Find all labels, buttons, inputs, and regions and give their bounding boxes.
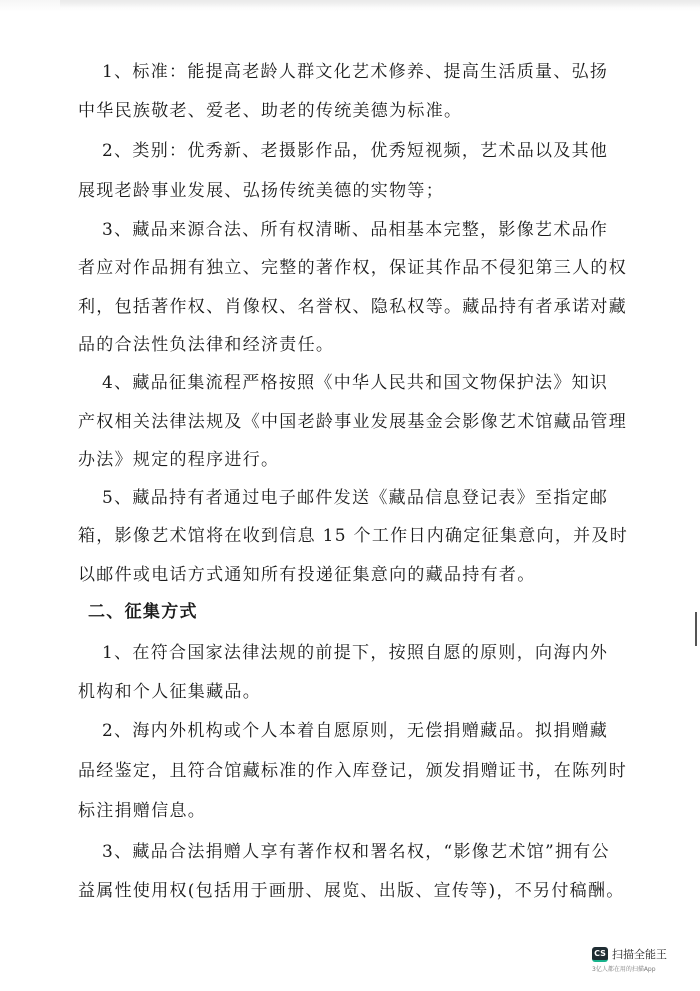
method-3-line-1: 3、藏品合法捐赠人享有著作权和署名权，“影像艺术馆”拥有公 — [102, 841, 642, 863]
watermark-title: 扫描全能王 — [612, 947, 667, 962]
method-1-line-2: 机构和个人征集藏品。 — [78, 681, 618, 703]
criterion-5-line-1: 5、藏品持有者通过电子邮件发送《藏品信息登记表》至指定邮 — [102, 487, 642, 509]
method-1-line-1: 1、在符合国家法律法规的前提下，按照自愿的原则，向海内外 — [102, 642, 642, 664]
method-2-line-2: 品经鉴定，且符合馆藏标准的作入库登记，颁发捐赠证书，在陈列时 — [78, 760, 618, 782]
criterion-2-line-2: 展现老龄事业发展、弘扬传统美德的实物等； — [78, 180, 618, 202]
criterion-1-line-1: 1、标准：能提高老龄人群文化艺术修养、提高生活质量、弘扬 — [102, 61, 642, 83]
scanner-app-watermark: CS 扫描全能王 3亿人都在用的扫描App — [592, 947, 692, 981]
scan-edge-mark — [695, 612, 697, 646]
criterion-3-line-2: 者应对作品拥有独立、完整的著作权，保证其作品不侵犯第三人的权 — [78, 257, 618, 279]
method-2-line-1: 2、海内外机构或个人本着自愿原则，无偿捐赠藏品。拟捐赠藏 — [102, 720, 642, 742]
scan-edge-shadow — [60, 0, 700, 8]
method-3-line-2: 益属性使用权(包括用于画册、展览、出版、宣传等)，不另付稿酬。 — [78, 880, 618, 902]
criterion-4-line-2: 产权相关法律法规及《中国老龄事业发展基金会影像艺术馆藏品管理 — [78, 411, 618, 433]
criterion-3-line-1: 3、藏品来源合法、所有权清晰、品相基本完整，影像艺术品作 — [102, 219, 642, 241]
criterion-1-line-2: 中华民族敬老、爱老、助老的传统美德为标准。 — [78, 100, 618, 122]
method-2-line-3: 标注捐赠信息。 — [78, 800, 618, 822]
criterion-4-line-3: 办法》规定的程序进行。 — [78, 449, 618, 471]
camscanner-logo-icon: CS — [592, 947, 608, 962]
criterion-5-line-3: 以邮件或电话方式通知所有投递征集意向的藏品持有者。 — [78, 564, 618, 586]
criterion-2-line-1: 2、类别：优秀新、老摄影作品，优秀短视频，艺术品以及其他 — [102, 140, 642, 162]
scanned-document-page: 1、标准：能提高老龄人群文化艺术修养、提高生活质量、弘扬 中华民族敬老、爱老、助… — [0, 0, 700, 991]
watermark-subtitle: 3亿人都在用的扫描App — [592, 966, 656, 974]
criterion-3-line-3: 利，包括著作权、肖像权、名誉权、隐私权等。藏品持有者承诺对藏 — [78, 296, 618, 318]
criterion-4-line-1: 4、藏品征集流程严格按照《中华人民共和国文物保护法》知识 — [102, 372, 642, 394]
criterion-3-line-4: 品的合法性负法律和经济责任。 — [78, 334, 618, 356]
section-heading-collection-methods: 二、征集方式 — [88, 601, 628, 623]
criterion-5-line-2: 箱，影像艺术馆将在收到信息 15 个工作日内确定征集意向，并及时 — [78, 525, 618, 547]
